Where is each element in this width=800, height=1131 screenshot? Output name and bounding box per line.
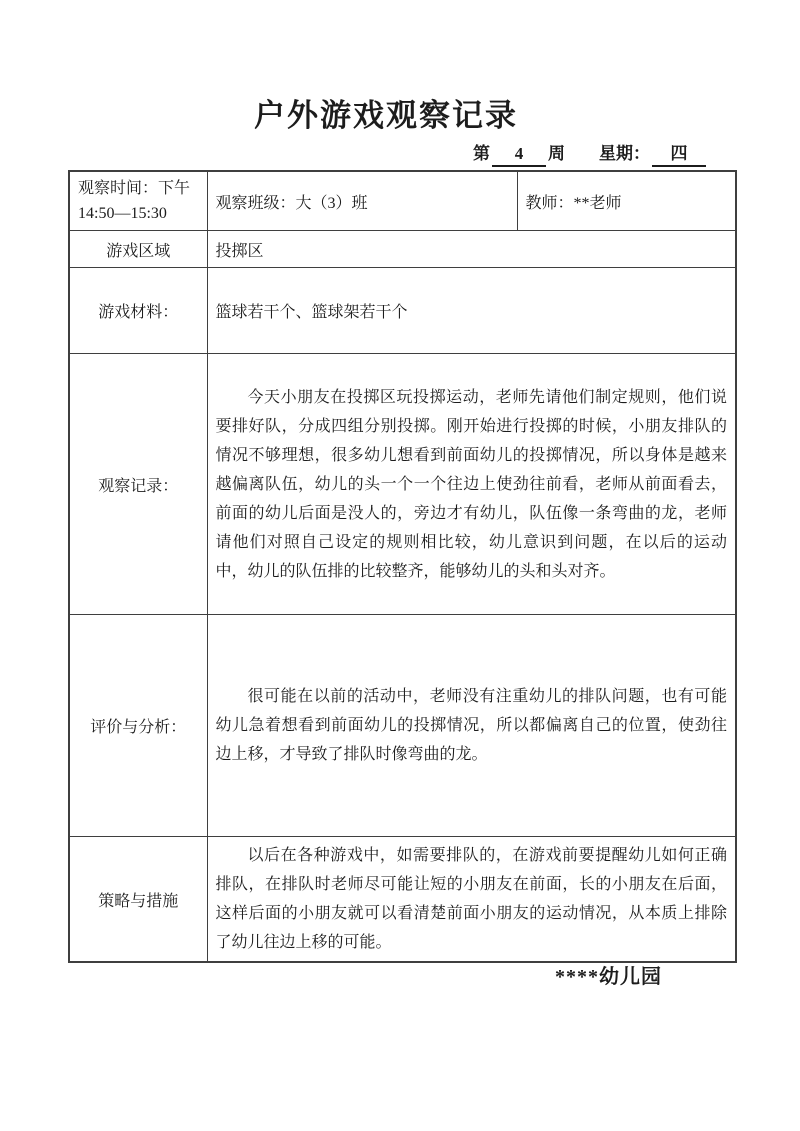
kindergarten-signature: ****幼儿园 [555,960,662,989]
table-row-evaluation-analysis: 评价与分析： 很可能在以前的活动中，老师没有注重幼儿的排队问题，也有可能幼儿急着… [69,615,736,837]
game-area-label: 游戏区域 [69,231,207,268]
strategies-measures-value: 以后在各种游戏中，如需要排队的，在游戏前要提醒幼儿如何正确排队，在排队时老师尽可… [207,837,736,963]
table-row-strategies-measures: 策略与措施 以后在各种游戏中，如需要排队的，在游戏前要提醒幼儿如何正确排队，在排… [69,837,736,963]
document-page: 户外游戏观察记录 第4周星期：四 观察时间：下午 14:50—15:30 观察班… [0,0,800,1131]
week-prefix: 第 [473,144,490,163]
game-materials-label: 游戏材料： [69,268,207,354]
table-row-game-area: 游戏区域 投掷区 [69,231,736,268]
weekday-label: 星期： [599,144,650,163]
observation-time-label: 观察时间：下午 [78,176,199,201]
observation-notes-value: 今天小朋友在投掷区玩投掷运动，老师先请他们制定规则，他们说要排好队，分成四组分别… [207,354,736,615]
strategies-measures-label: 策略与措施 [69,837,207,963]
teacher-cell: 教师：**老师 [517,171,736,231]
game-materials-value: 篮球若干个、篮球架若干个 [207,268,736,354]
week-number: 4 [492,144,546,167]
week-suffix: 周 [548,144,565,163]
observation-notes-paragraph: 今天小朋友在投掷区玩投掷运动，老师先请他们制定规则，他们说要排好队，分成四组分别… [216,383,728,586]
page-title: 户外游戏观察记录 [0,90,772,135]
evaluation-analysis-label: 评价与分析： [69,615,207,837]
game-area-value: 投掷区 [207,231,736,268]
week-line: 第4周星期：四 [473,139,708,167]
table-row-game-materials: 游戏材料： 篮球若干个、篮球架若干个 [69,268,736,354]
table-row-header: 观察时间：下午 14:50—15:30 观察班级：大（3）班 教师：**老师 [69,171,736,231]
weekday-value: 四 [652,139,706,167]
table-row-observation-notes: 观察记录： 今天小朋友在投掷区玩投掷运动，老师先请他们制定规则，他们说要排好队，… [69,354,736,615]
observation-notes-label: 观察记录： [69,354,207,615]
evaluation-analysis-paragraph: 很可能在以前的活动中，老师没有注重幼儿的排队问题，也有可能幼儿急着想看到前面幼儿… [216,682,728,769]
evaluation-analysis-value: 很可能在以前的活动中，老师没有注重幼儿的排队问题，也有可能幼儿急着想看到前面幼儿… [207,615,736,837]
observation-time-value: 14:50—15:30 [78,201,199,226]
observation-class-cell: 观察班级：大（3）班 [207,171,517,231]
strategies-measures-paragraph: 以后在各种游戏中，如需要排队的，在游戏前要提醒幼儿如何正确排队，在排队时老师尽可… [216,841,728,957]
observation-time-cell: 观察时间：下午 14:50—15:30 [69,171,207,231]
observation-record-table: 观察时间：下午 14:50—15:30 观察班级：大（3）班 教师：**老师 游… [68,170,737,963]
